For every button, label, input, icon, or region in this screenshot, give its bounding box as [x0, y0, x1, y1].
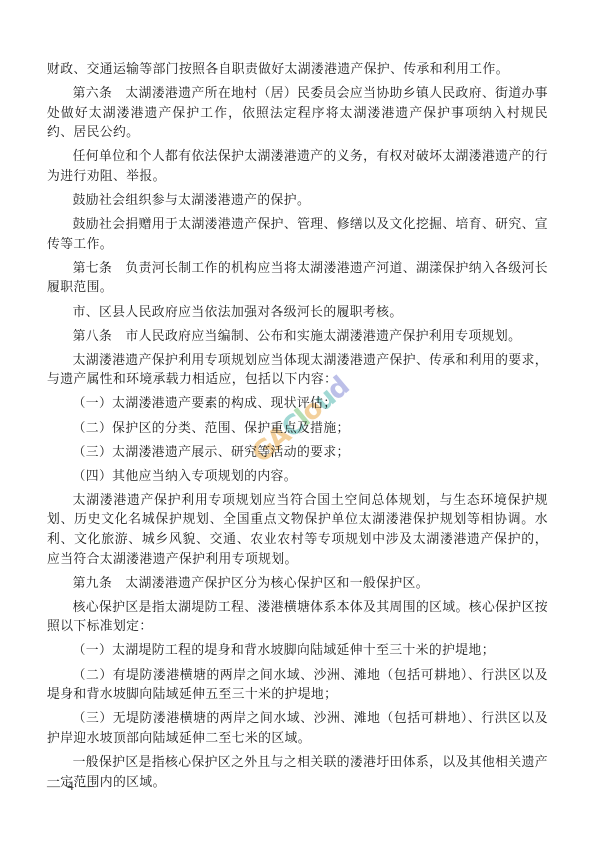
paragraph: 一般保护区是指核心保护区之外且与之相关联的溇港圩田体系，以及其他相关遗产一定范围…	[47, 753, 548, 792]
paragraph: （一）太湖溇港遗产要素的构成、现状评估；	[47, 394, 548, 414]
paragraph: （三）无堤防溇港横塘的两岸之间水域、沙洲、滩地（包括可耕地）、行洪区以及护岸迎水…	[47, 709, 548, 748]
document-page: GACloud 财政、交通运输等部门按照各自职责做好太湖溇港遗产保护、传承和利用…	[0, 0, 595, 841]
paragraph: （一）太湖堤防工程的堤身和背水坡脚向陆域延伸十至三十米的护堤地；	[47, 641, 548, 661]
paragraph: （四）其他应当纳入专项规划的内容。	[47, 467, 548, 487]
paragraph: （三）太湖溇港遗产展示、研究等活动的要求；	[47, 443, 548, 463]
paragraph: 第六条 太湖溇港遗产所在地村（居）民委员会应当协助乡镇人民政府、街道办事处做好太…	[47, 84, 548, 143]
paragraph: （二）有堤防溇港横塘的两岸之间水域、沙洲、滩地（包括可耕地）、行洪区以及堤身和背…	[47, 666, 548, 705]
paragraph: 第七条 负责河长制工作的机构应当将太湖溇港遗产河道、湖漾保护纳入各级河长履职范围…	[47, 259, 548, 298]
paragraph: 第九条 太湖溇港遗产保护区分为核心保护区和一般保护区。	[47, 574, 548, 594]
paragraph: 鼓励社会组织参与太湖溇港遗产的保护。	[47, 191, 548, 211]
paragraph: 太湖溇港遗产保护利用专项规划应当符合国土空间总体规划，与生态环境保护规划、历史文…	[47, 491, 548, 569]
paragraph: 太湖溇港遗产保护利用专项规划应当体现太湖溇港遗产保护、传承和利用的要求，与遗产属…	[47, 351, 548, 390]
paragraph: 第八条 市人民政府应当编制、公布和实施太湖溇港遗产保护利用专项规划。	[47, 327, 548, 347]
paragraph: 核心保护区是指太湖堤防工程、溇港横塘体系本体及其周围的区域。核心保护区按照以下标…	[47, 598, 548, 637]
paragraph: 财政、交通运输等部门按照各自职责做好太湖溇港遗产保护、传承和利用工作。	[47, 60, 548, 80]
paragraph: 市、区县人民政府应当依法加强对各级河长的履职考核。	[47, 303, 548, 323]
document-content: 财政、交通运输等部门按照各自职责做好太湖溇港遗产保护、传承和利用工作。第六条 太…	[47, 60, 548, 797]
paragraph: （二）保护区的分类、范围、保护重点及措施；	[47, 419, 548, 439]
page-footer: — 4 —	[47, 778, 96, 794]
paragraph: 任何单位和个人都有依法保护太湖溇港遗产的义务，有权对破坏太湖溇港遗产的行为进行劝…	[47, 147, 548, 186]
page-number: — 4 —	[47, 778, 96, 793]
paragraph: 鼓励社会捐赠用于太湖溇港遗产保护、管理、修缮以及文化挖掘、培育、研究、宣传等工作…	[47, 215, 548, 254]
